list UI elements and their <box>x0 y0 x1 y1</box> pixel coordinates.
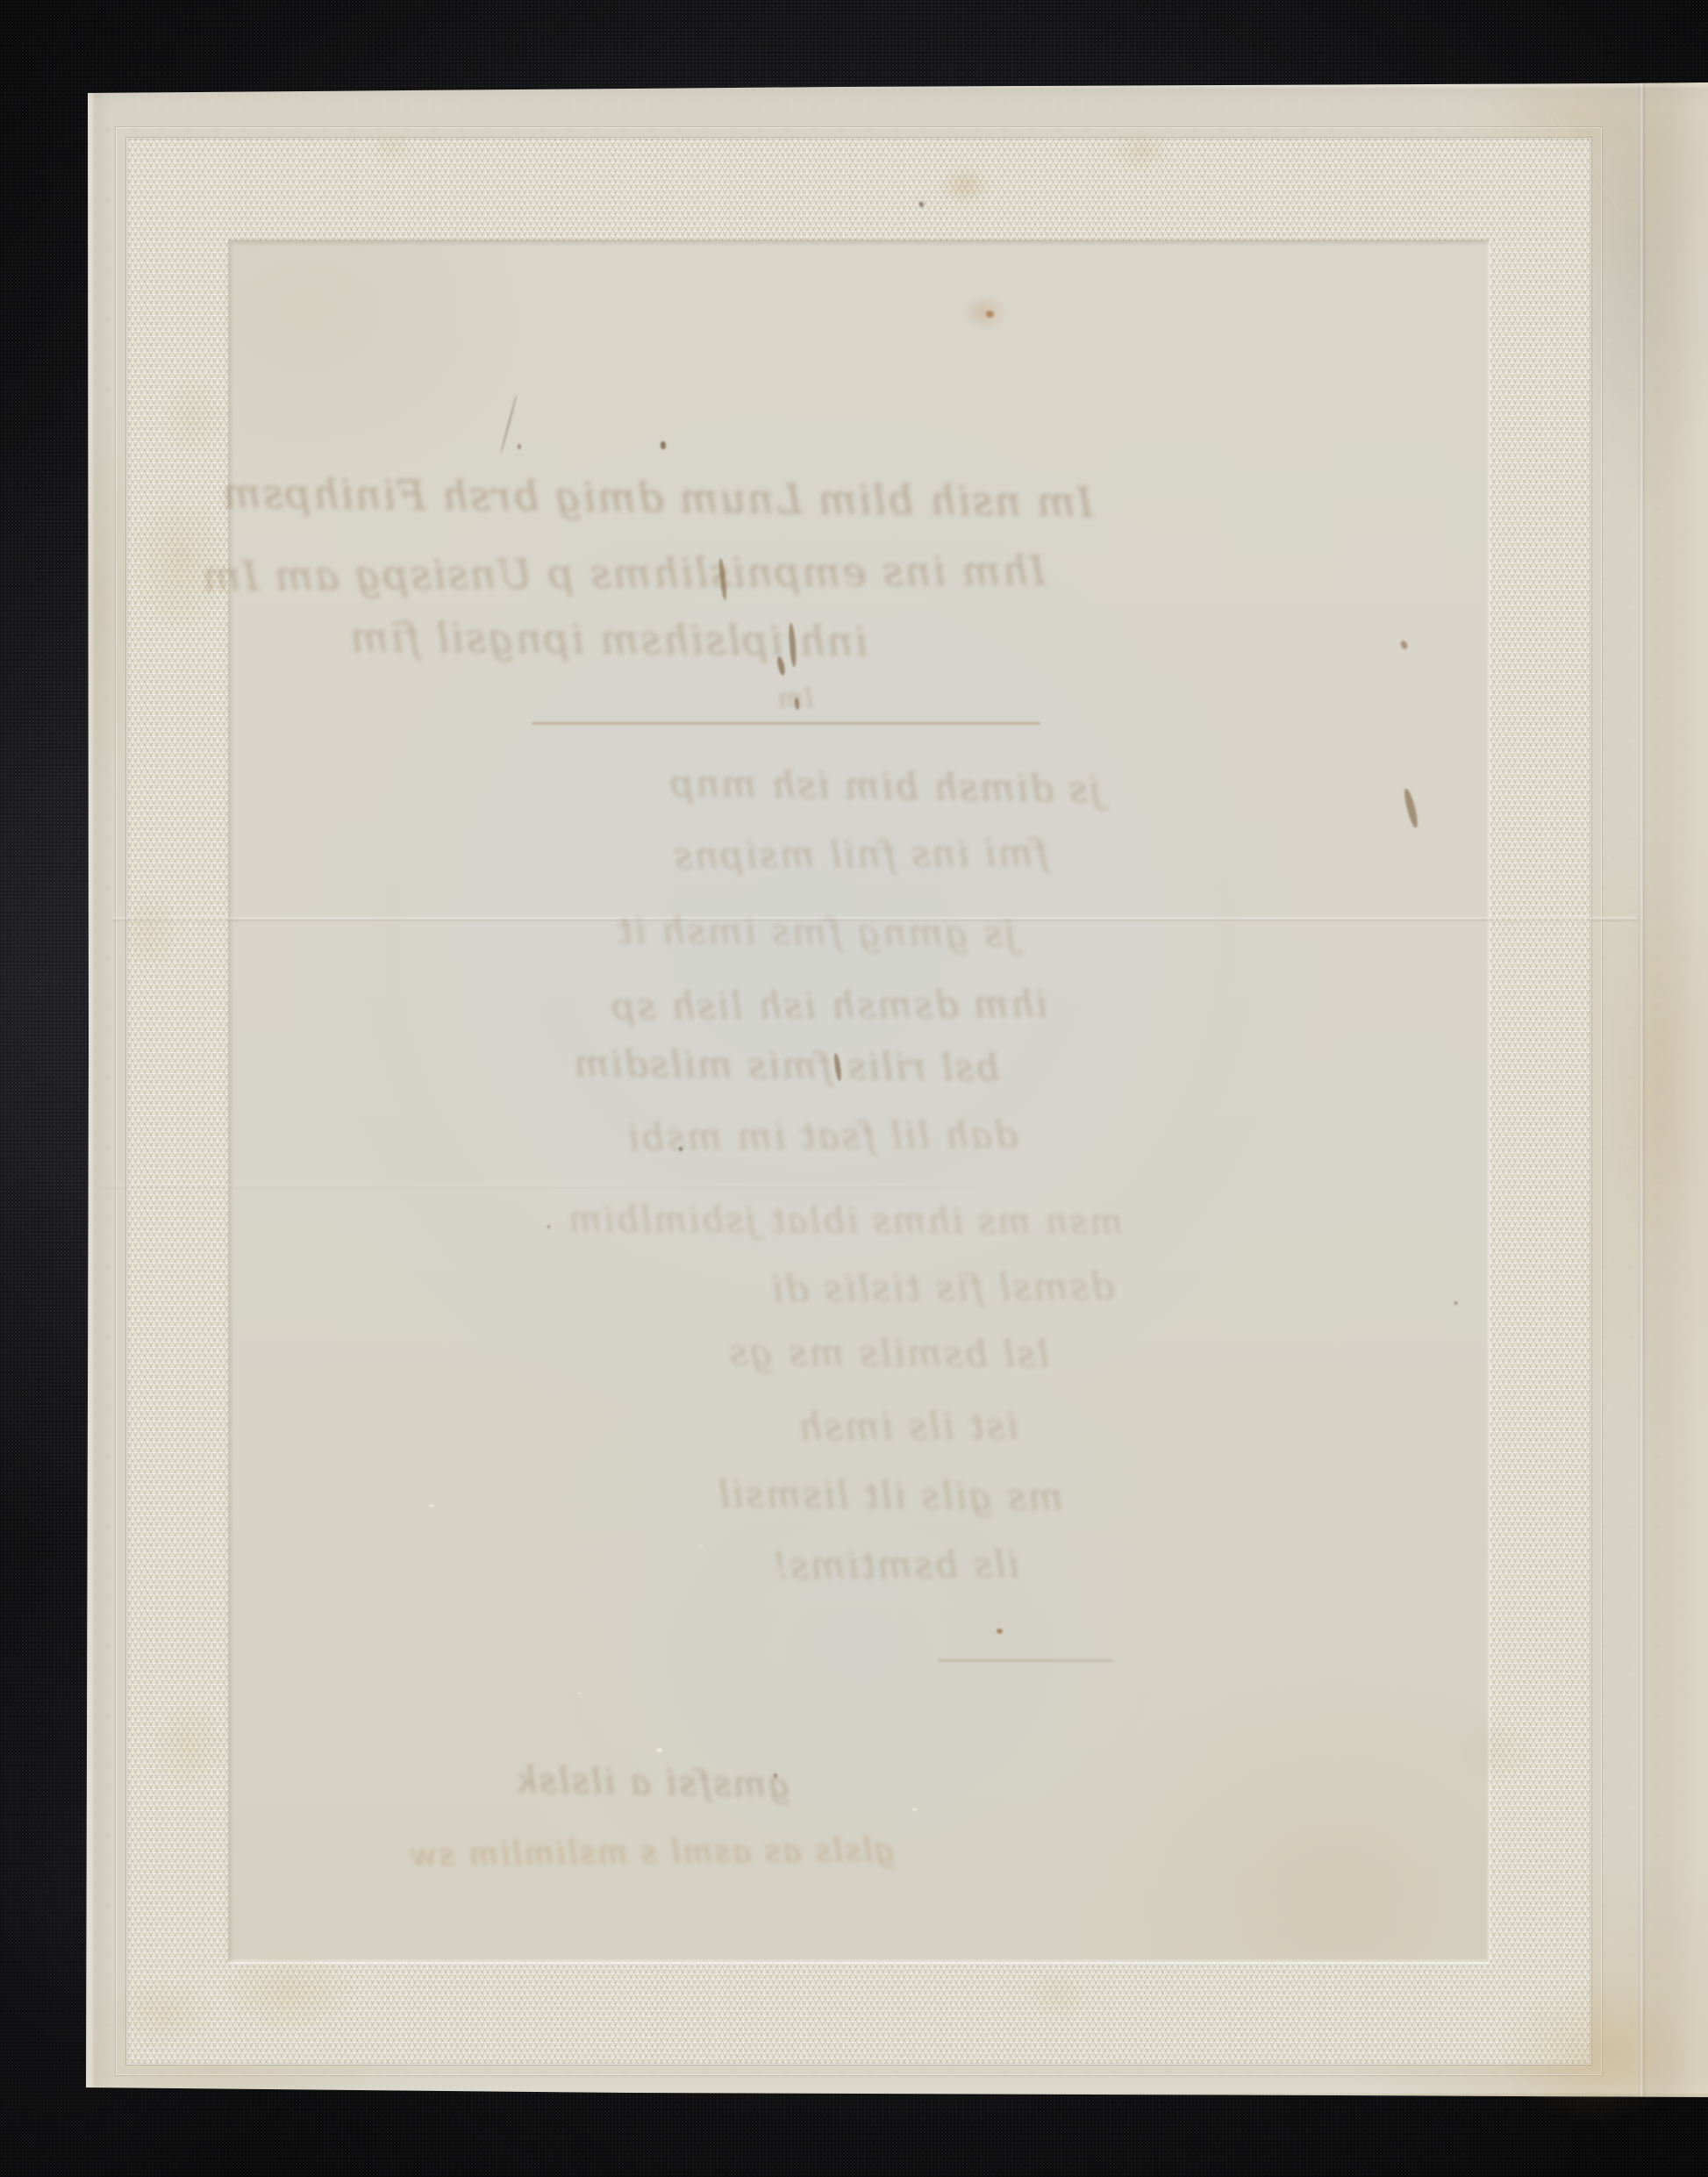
embossed-border-frame <box>127 139 1590 2064</box>
vertical-fold-crease <box>1639 82 1646 2097</box>
horizontal-crease-upper <box>112 917 1638 921</box>
inner-panel <box>229 240 1489 1962</box>
fold-strip <box>1646 82 1708 2097</box>
scan-canvas: Im nsih blim Lnum dmig brsh FinihpsmIhm … <box>0 0 1708 2177</box>
paper-sheet <box>86 82 1708 2097</box>
horizontal-crease-lower <box>100 1185 975 1188</box>
